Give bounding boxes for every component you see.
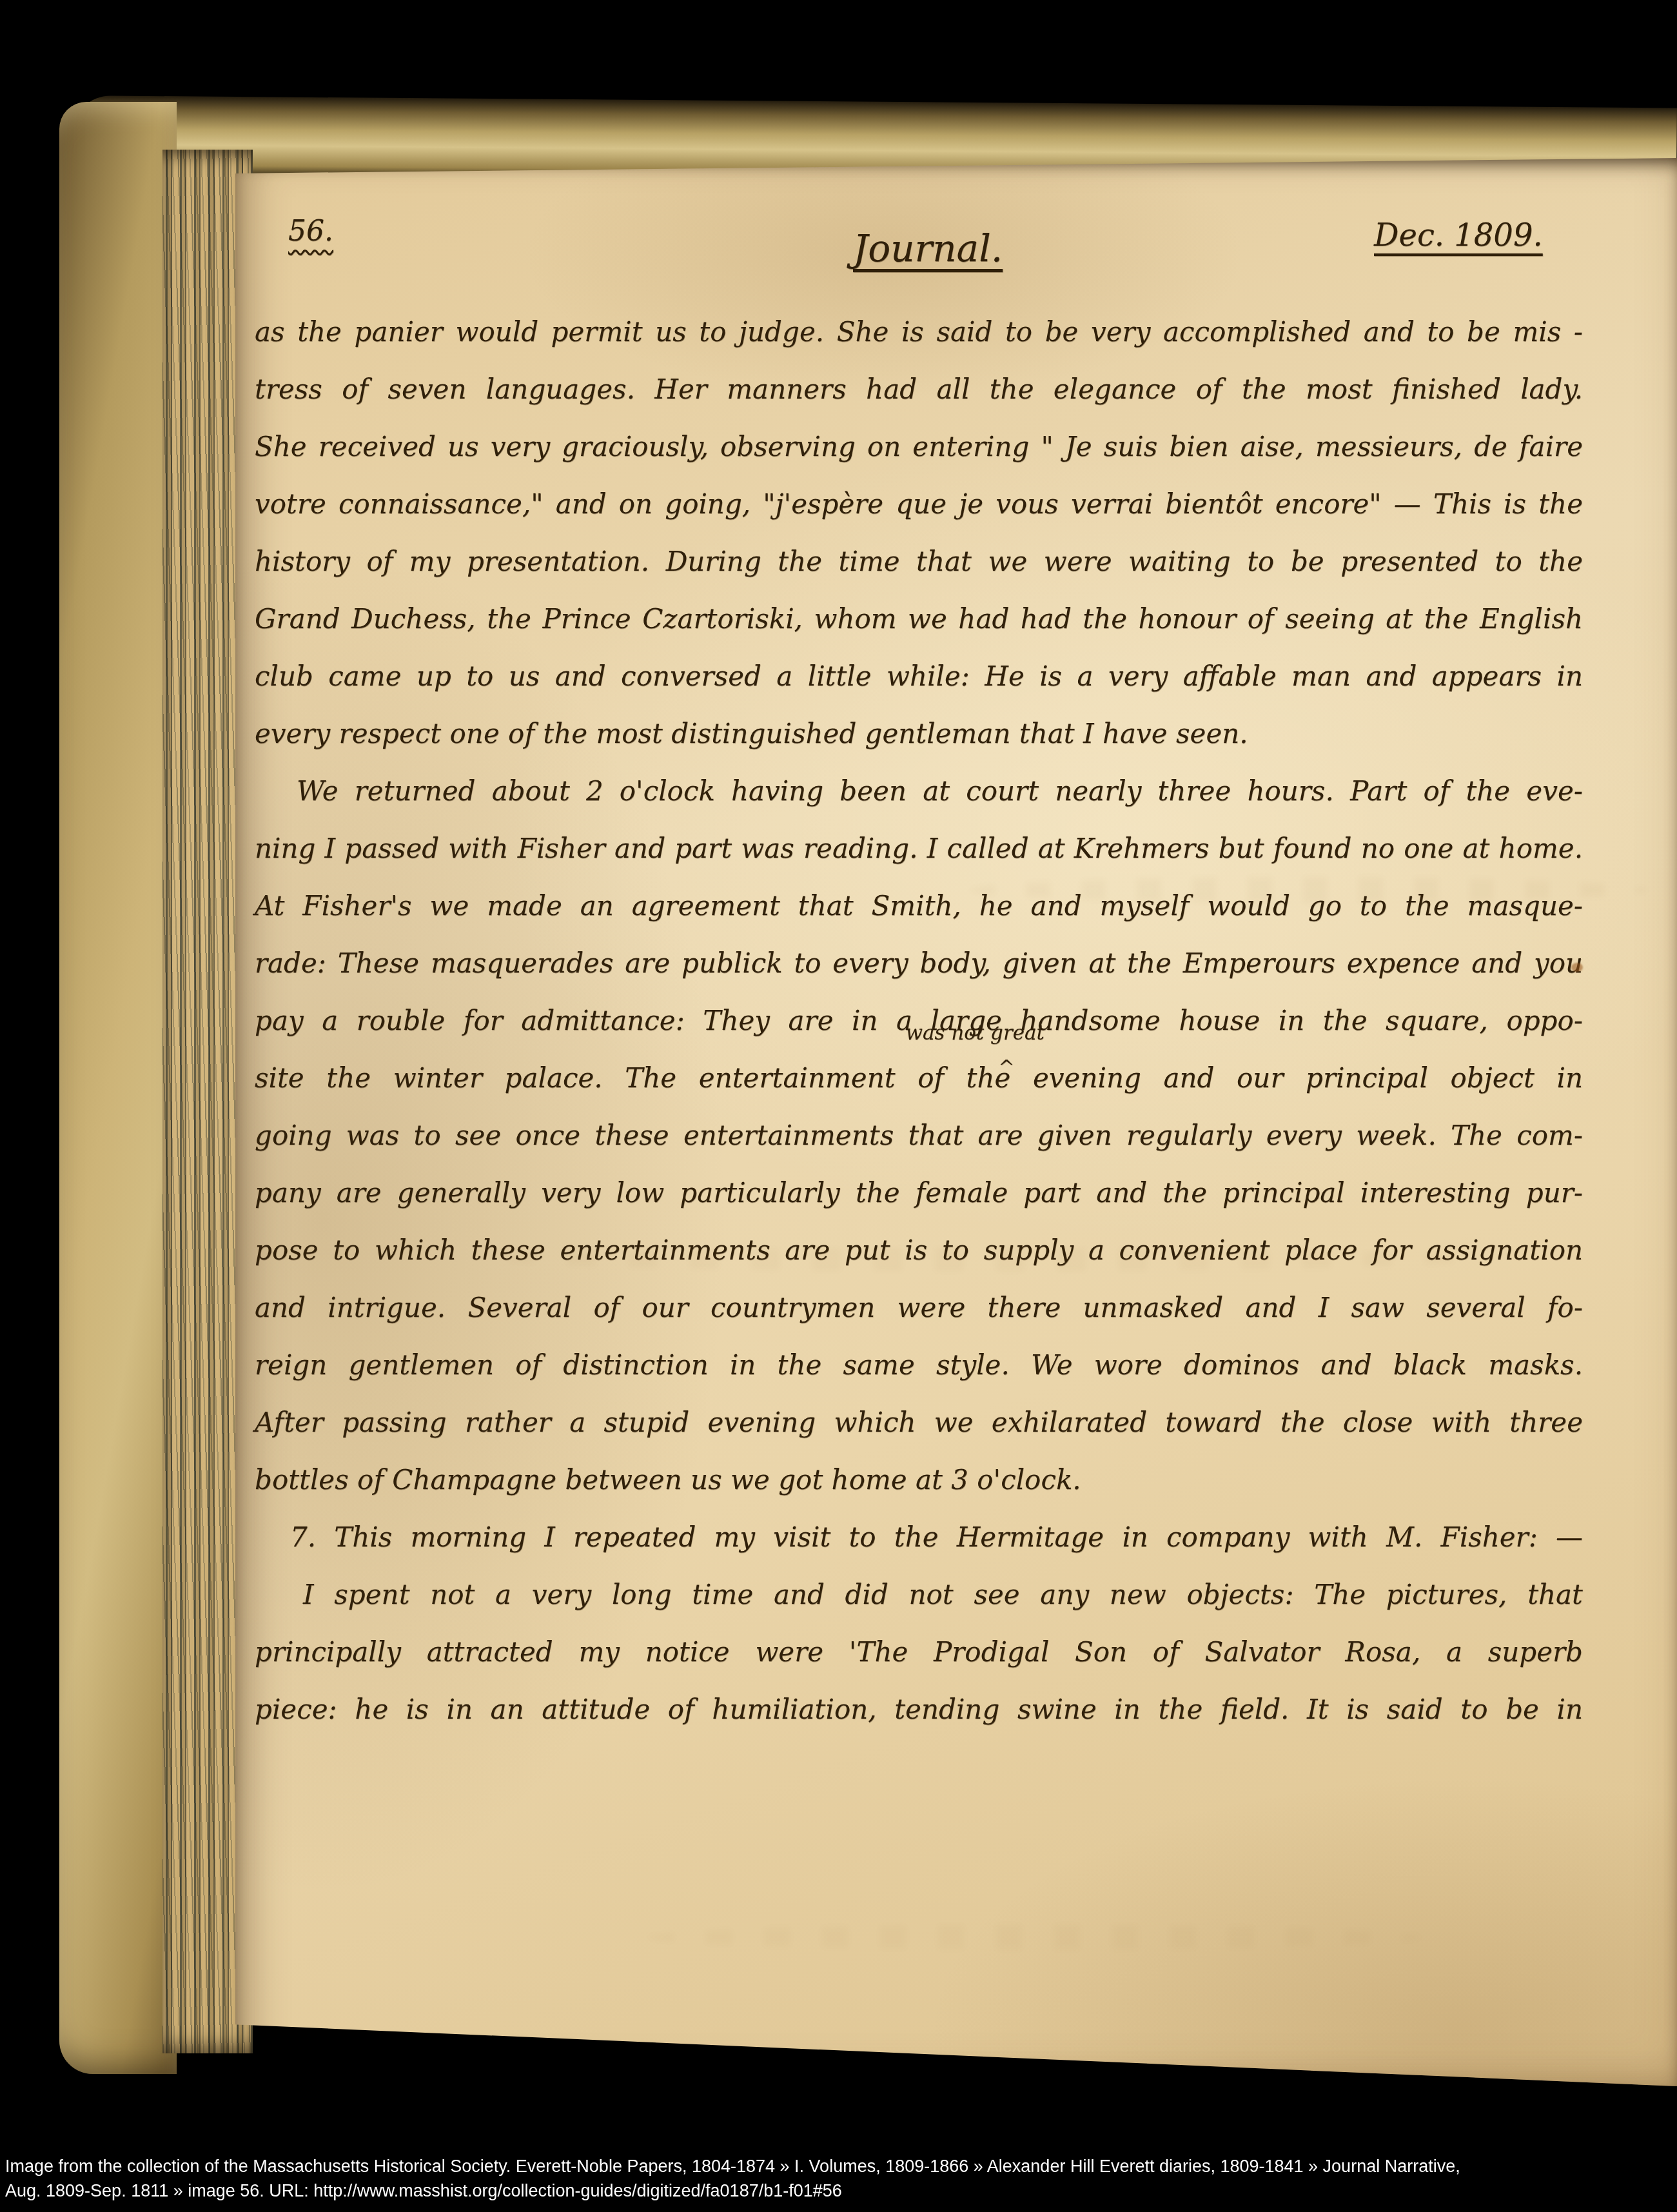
- manuscript-line: bottles of Champagne between us we got h…: [255, 1451, 1583, 1508]
- manuscript-line: pose to which these entertainments are p…: [255, 1221, 1583, 1279]
- show-through-mark: [648, 1925, 1422, 1950]
- manuscript-line: as the panier would permit us to judge. …: [255, 303, 1583, 360]
- caption-line: Aug. 1809-Sep. 1811 » image 56. URL: htt…: [5, 2178, 1675, 2203]
- manuscript-line: 7. This morning I repeated my visit to t…: [255, 1508, 1583, 1566]
- photo-caption: Image from the collection of the Massach…: [5, 2154, 1675, 2203]
- interlineation: was not great: [905, 1023, 1044, 1043]
- book-cover-left-edge: [59, 102, 177, 2074]
- page-number: 56.: [288, 215, 333, 248]
- manuscript-line: votre connaissance," and on going, "j'es…: [255, 475, 1583, 533]
- manuscript-line: reign gentlemen of distinction in the sa…: [255, 1336, 1583, 1394]
- manuscript-line: and intrigue. Several of our countrymen …: [255, 1279, 1583, 1336]
- manuscript-line: She received us very graciously, observi…: [255, 418, 1583, 475]
- manuscript-line: site the winter palace. The entertainmen…: [255, 1049, 1583, 1107]
- book-photo: 56. Journal. Dec. 1809. as the panier wo…: [0, 0, 1677, 2212]
- date-heading: Dec. 1809.: [1374, 217, 1543, 253]
- manuscript-line: every respect one of the most distinguis…: [255, 705, 1583, 762]
- manuscript-line: After passing rather a stupid evening wh…: [255, 1394, 1583, 1451]
- manuscript-line: piece: he is in an attitude of humiliati…: [255, 1681, 1583, 1738]
- manuscript-line: I spent not a very long time and did not…: [255, 1566, 1583, 1623]
- manuscript-line: principally attracted my notice were 'Th…: [255, 1623, 1583, 1681]
- manuscript-line: pany are generally very low particularly…: [255, 1164, 1583, 1221]
- caption-line: Image from the collection of the Massach…: [5, 2154, 1675, 2178]
- manuscript-line: We returned about 2 o'clock having been …: [255, 762, 1583, 820]
- manuscript-line: rade: These masquerades are publick to e…: [255, 934, 1583, 992]
- manuscript-line: Grand Duchess, the Prince Czartoriski, w…: [255, 590, 1583, 647]
- manuscript-line: tress of seven languages. Her manners ha…: [255, 360, 1583, 418]
- manuscript-line: going was to see once these entertainmen…: [255, 1107, 1583, 1164]
- journal-title: Journal.: [853, 226, 1003, 270]
- manuscript-lines: as the panier would permit us to judge. …: [255, 303, 1583, 1738]
- manuscript-line: ning I passed with Fisher and part was r…: [255, 820, 1583, 877]
- manuscript-line: club came up to us and conversed a littl…: [255, 647, 1583, 705]
- manuscript-line: At Fisher's we made an agreement that Sm…: [255, 877, 1583, 934]
- caret-insertion-mark: ^: [999, 1058, 1015, 1078]
- journal-page: 56. Journal. Dec. 1809. as the panier wo…: [235, 158, 1677, 2086]
- manuscript-line: history of my presentation. During the t…: [255, 533, 1583, 590]
